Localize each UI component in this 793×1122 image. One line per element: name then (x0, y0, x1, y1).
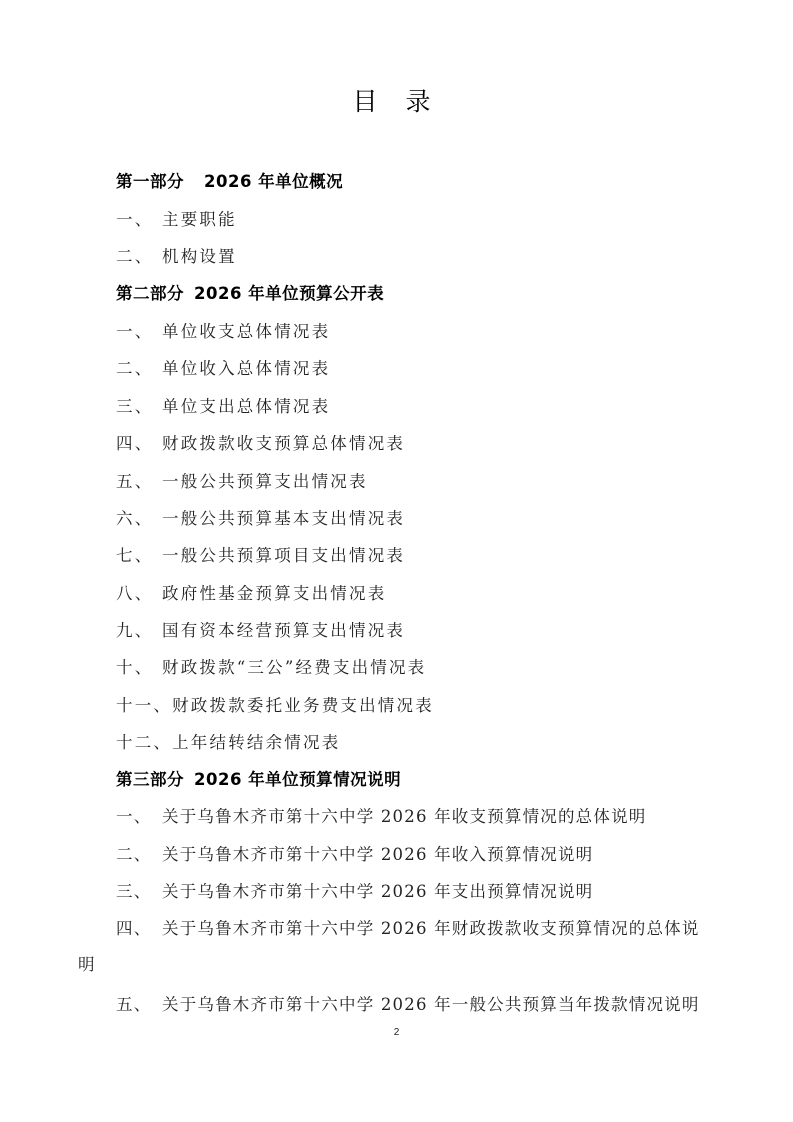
item-number: 七、 (116, 542, 162, 566)
item-text: 上年结转结余情况表 (172, 733, 340, 752)
item-text: 机构设置 (162, 247, 237, 266)
section-title: 2026 年单位预算公开表 (194, 284, 384, 303)
section-title: 2026 年单位概况 (204, 172, 343, 191)
item-number: 三、 (116, 878, 162, 902)
item-number: 一、 (116, 206, 162, 230)
item-text: 一般公共预算基本支出情况表 (162, 509, 405, 528)
item-number: 二、 (116, 841, 162, 865)
toc-item[interactable]: 二、单位收入总体情况表 (116, 355, 330, 379)
item-text: 单位收入总体情况表 (162, 359, 330, 378)
item-text: 单位支出总体情况表 (162, 397, 330, 416)
item-number: 四、 (116, 915, 162, 939)
section-label: 第一部分 (116, 172, 184, 191)
item-text: 关于乌鲁木齐市第十六中学 2026 年收支预算情况的总体说明 (162, 807, 646, 826)
item-number: 十二、 (116, 729, 172, 753)
toc-item[interactable]: 六、一般公共预算基本支出情况表 (116, 505, 405, 529)
item-text: 关于乌鲁木齐市第十六中学 2026 年支出预算情况说明 (162, 882, 593, 901)
toc-item[interactable]: 四、财政拨款收支预算总体情况表 (116, 430, 405, 454)
item-text: 关于乌鲁木齐市第十六中学 2026 年收入预算情况说明 (162, 845, 593, 864)
toc-item[interactable]: 十一、财政拨款委托业务费支出情况表 (116, 692, 434, 716)
toc-item[interactable]: 四、关于乌鲁木齐市第十六中学 2026 年财政拨款收支预算情况的总体说 (116, 915, 700, 939)
item-number: 三、 (116, 393, 162, 417)
toc-item[interactable]: 一、主要职能 (116, 206, 237, 230)
item-number: 四、 (116, 430, 162, 454)
section-heading-part-1: 第一部分2026 年单位概况 (116, 168, 343, 192)
page-title: 目 录 (0, 82, 793, 118)
item-text: 财政拨款收支预算总体情况表 (162, 434, 405, 453)
item-number: 十一、 (116, 692, 172, 716)
toc-item[interactable]: 五、关于乌鲁木齐市第十六中学 2026 年一般公共预算当年拨款情况说明 (116, 991, 700, 1015)
toc-item[interactable]: 三、单位支出总体情况表 (116, 393, 330, 417)
toc-item[interactable]: 一、单位收支总体情况表 (116, 318, 330, 342)
section-label: 第三部分 (116, 770, 184, 789)
toc-item[interactable]: 二、关于乌鲁木齐市第十六中学 2026 年收入预算情况说明 (116, 841, 593, 865)
section-heading-part-2: 第二部分2026 年单位预算公开表 (116, 280, 384, 304)
item-text: 主要职能 (162, 210, 237, 229)
item-text: 政府性基金预算支出情况表 (162, 584, 386, 603)
item-number: 一、 (116, 803, 162, 827)
item-number: 六、 (116, 505, 162, 529)
section-title: 2026 年单位预算情况说明 (194, 770, 401, 789)
toc-item[interactable]: 五、一般公共预算支出情况表 (116, 468, 368, 492)
item-text: 国有资本经营预算支出情况表 (162, 621, 405, 640)
toc-item[interactable]: 一、关于乌鲁木齐市第十六中学 2026 年收支预算情况的总体说明 (116, 803, 646, 827)
item-number: 五、 (116, 991, 162, 1015)
item-number: 一、 (116, 318, 162, 342)
item-text: 一般公共预算项目支出情况表 (162, 546, 405, 565)
item-text: 单位收支总体情况表 (162, 322, 330, 341)
toc-item[interactable]: 十二、上年结转结余情况表 (116, 729, 340, 753)
item-number: 二、 (116, 355, 162, 379)
toc-item[interactable]: 二、机构设置 (116, 243, 237, 267)
page-number: 2 (0, 1027, 793, 1038)
toc-item-continuation: 明 (78, 951, 97, 975)
item-text: 财政拨款“三公”经费支出情况表 (162, 658, 426, 677)
item-text: 关于乌鲁木齐市第十六中学 2026 年财政拨款收支预算情况的总体说 (162, 919, 700, 938)
item-number: 八、 (116, 580, 162, 604)
toc-item[interactable]: 八、政府性基金预算支出情况表 (116, 580, 386, 604)
item-text: 关于乌鲁木齐市第十六中学 2026 年一般公共预算当年拨款情况说明 (162, 995, 700, 1014)
toc-item[interactable]: 七、一般公共预算项目支出情况表 (116, 542, 405, 566)
item-text: 财政拨款委托业务费支出情况表 (172, 696, 434, 715)
toc-item[interactable]: 九、国有资本经营预算支出情况表 (116, 617, 405, 641)
section-heading-part-3: 第三部分2026 年单位预算情况说明 (116, 766, 401, 790)
item-number: 九、 (116, 617, 162, 641)
item-number: 五、 (116, 468, 162, 492)
item-number: 二、 (116, 243, 162, 267)
item-text: 一般公共预算支出情况表 (162, 472, 368, 491)
toc-item[interactable]: 三、关于乌鲁木齐市第十六中学 2026 年支出预算情况说明 (116, 878, 593, 902)
section-label: 第二部分 (116, 284, 184, 303)
item-number: 十、 (116, 654, 162, 678)
toc-item[interactable]: 十、财政拨款“三公”经费支出情况表 (116, 654, 426, 678)
